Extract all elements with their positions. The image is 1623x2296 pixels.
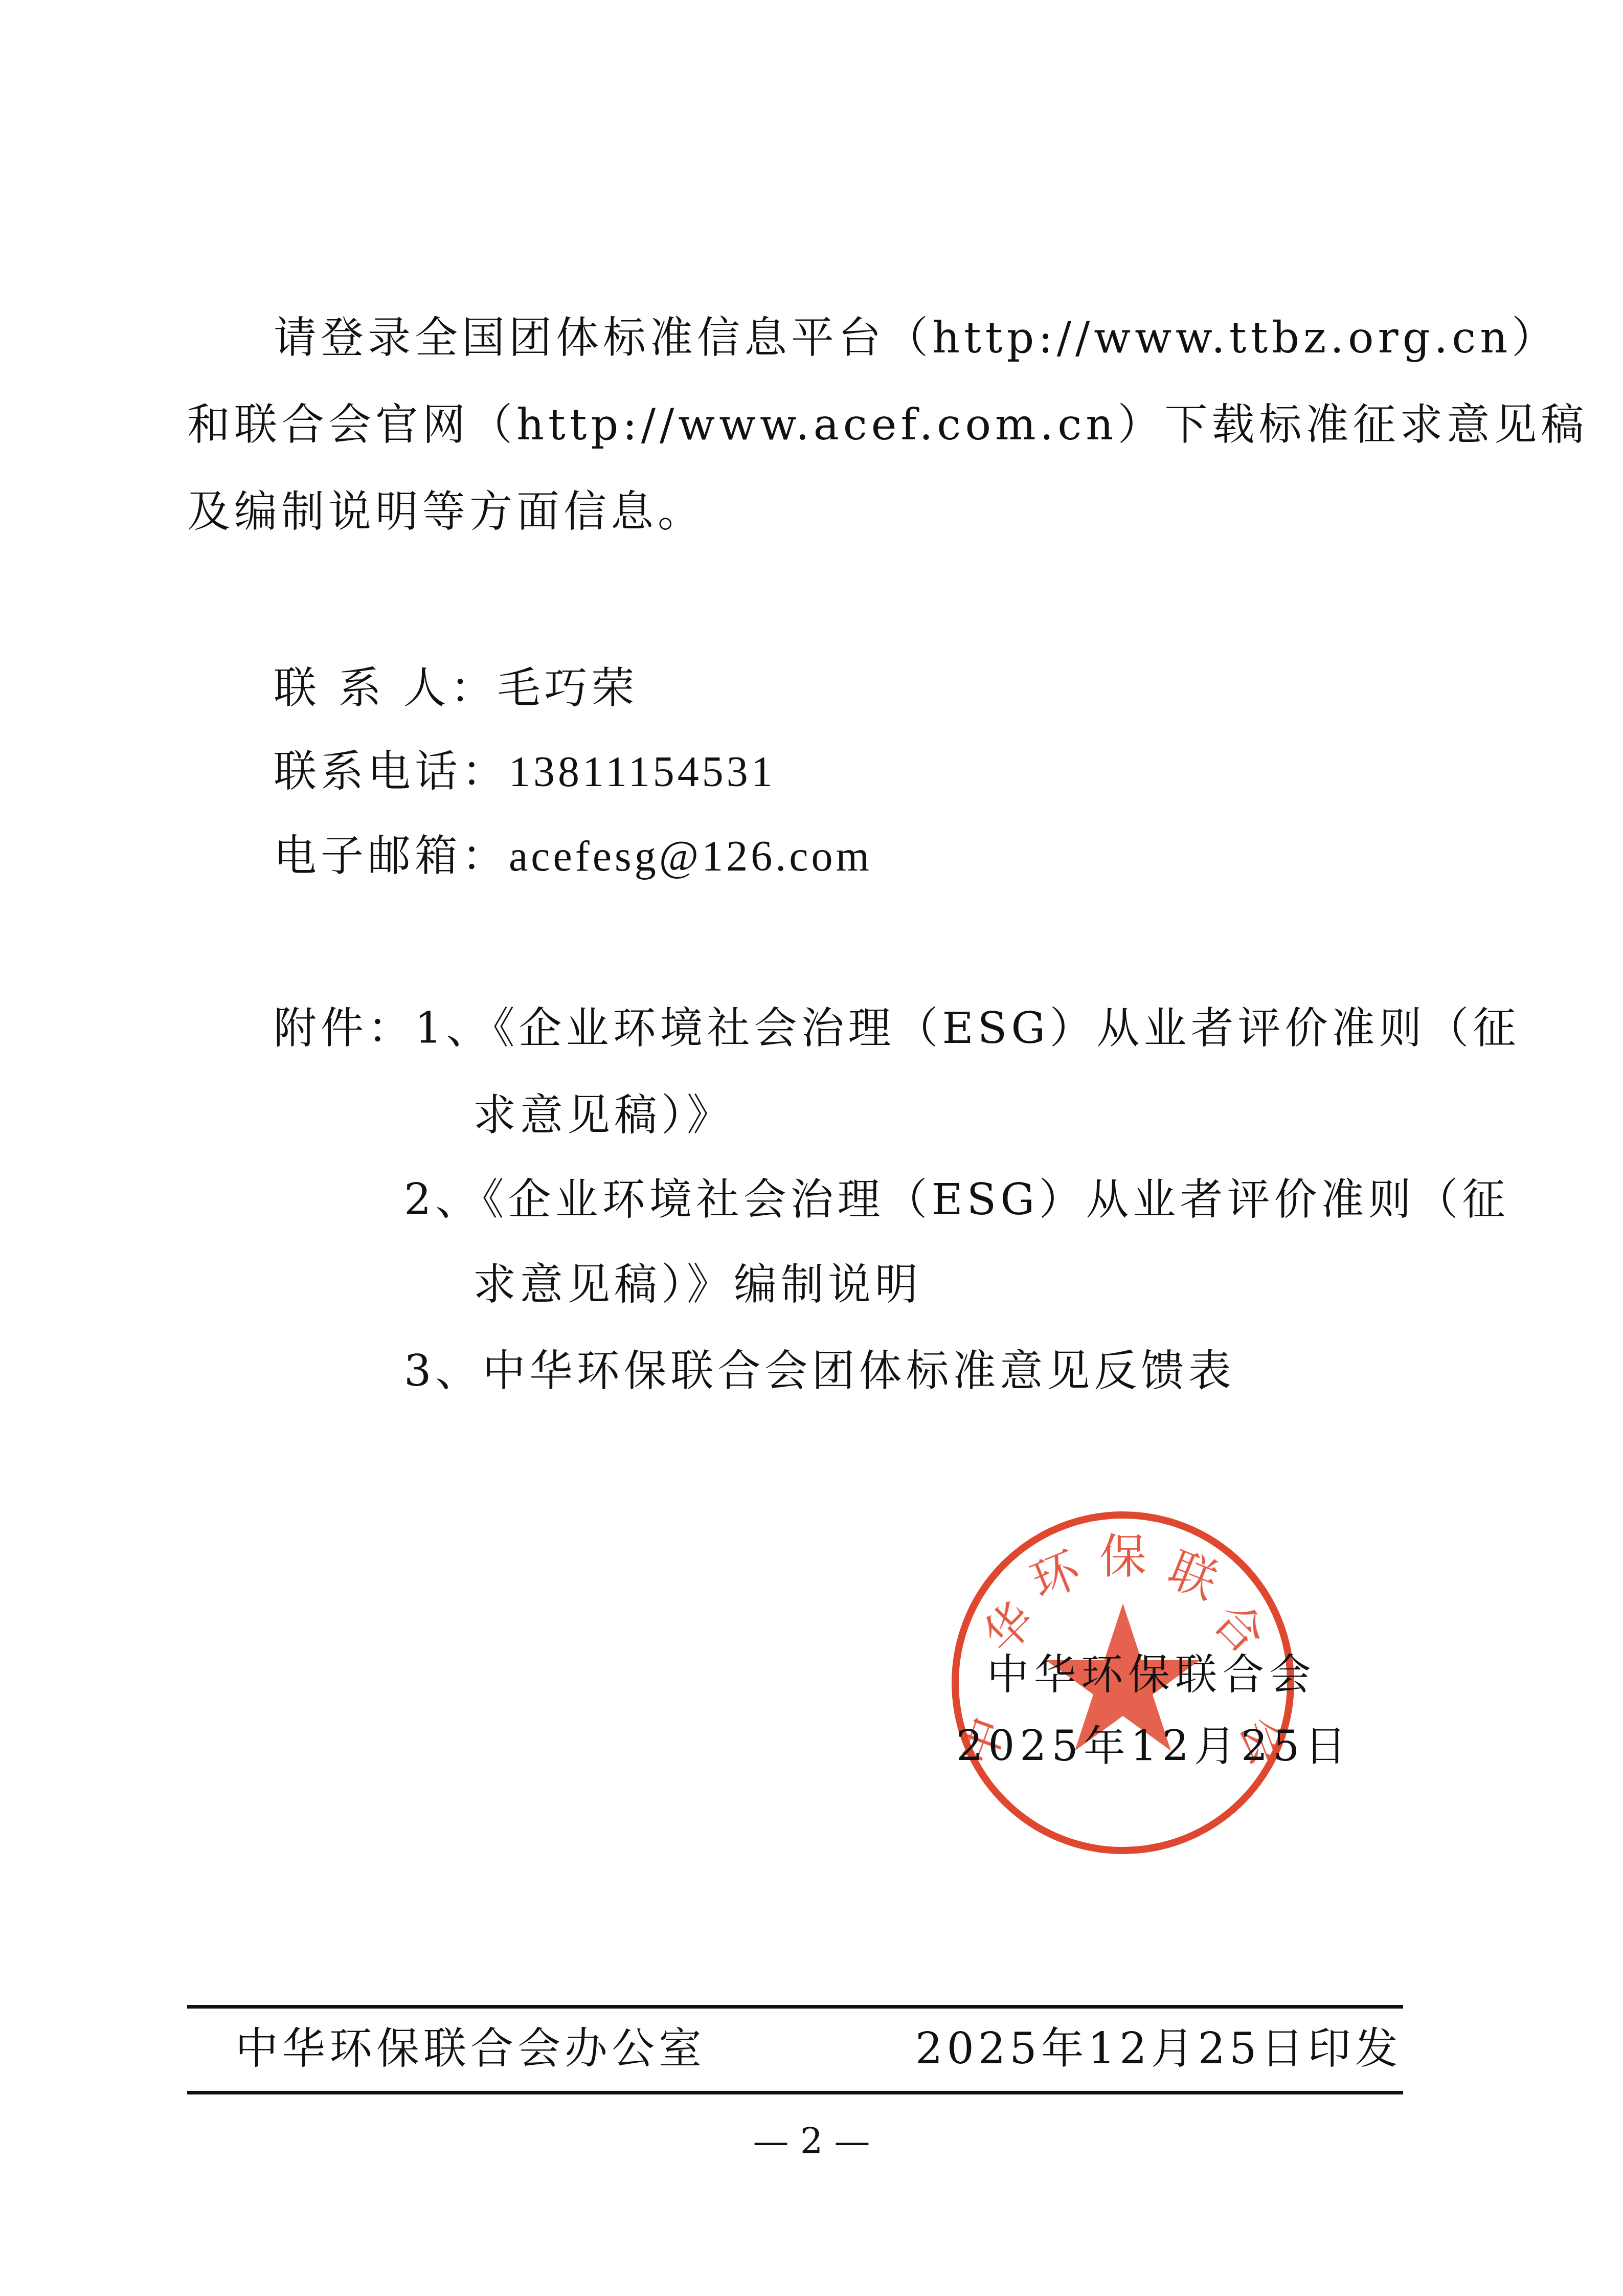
signature-organization: 中华环保联合会 [987, 1649, 1316, 1701]
attachment-1-title: 《企业环境社会治理（ESG）从业者评价准则（征 [493, 1003, 1520, 1053]
footer-bottom-rule [187, 2091, 1403, 2094]
svg-text:保: 保 [1099, 1529, 1146, 1584]
page-number: — 2 — [0, 2120, 1623, 2162]
paragraph-line-2: 和联合会官网（http://www.acef.com.cn）下载标准征求意见稿 [187, 399, 1588, 450]
contact-phone-label: 联系电话： [274, 746, 509, 796]
contact-phone-value: 13811154531 [509, 748, 776, 796]
footer-issuer: 中华环保联合会办公室 [235, 2023, 706, 2074]
contact-person-label: 联 系 人： [274, 663, 497, 713]
attachment-1-line-1: 附件：1、《企业环境社会治理（ESG）从业者评价准则（征 [274, 1002, 1520, 1054]
contact-email: 电子邮箱：acefesg@126.com [274, 830, 872, 882]
contact-email-value[interactable]: acefesg@126.com [509, 833, 872, 880]
attachment-3-line-1: 3、中华环保联合会团体标准意见反馈表 [404, 1345, 1235, 1396]
paragraph-line-1: 请登录全国团体标准信息平台（http://www.ttbz.org.cn） [274, 312, 1559, 363]
svg-text:联: 联 [1161, 1542, 1225, 1610]
svg-text:环: 环 [1024, 1541, 1089, 1610]
attachment-2-title: 《企业环境社会治理（ESG）从业者评价准则（征 [482, 1174, 1509, 1224]
signature-date: 2025年12月25日 [956, 1721, 1351, 1772]
footer-issue-date: 2025年12月25日印发 [915, 2023, 1402, 2074]
contact-person: 联 系 人：毛巧荣 [274, 662, 638, 714]
attachment-2-number: 2、 [404, 1174, 482, 1224]
attachment-1-number: 1、 [415, 1003, 493, 1053]
paragraph-line-3: 及编制说明等方面信息。 [187, 486, 705, 537]
contact-phone: 联系电话：13811154531 [274, 746, 776, 798]
attachment-2-line-1: 2、《企业环境社会治理（ESG）从业者评价准则（征 [404, 1174, 1509, 1225]
footer-top-rule [187, 2005, 1403, 2009]
contact-person-value: 毛巧荣 [497, 663, 638, 713]
attachment-2-line-2: 求意见稿）》编制说明 [473, 1259, 922, 1310]
attachment-3-number: 3、 [404, 1346, 482, 1396]
contact-email-label: 电子邮箱： [274, 831, 509, 881]
attachments-label: 附件： [274, 1003, 415, 1053]
attachment-1-line-2: 求意见稿）》 [473, 1089, 734, 1141]
attachment-3-title: 中华环保联合会团体标准意见反馈表 [482, 1346, 1235, 1396]
